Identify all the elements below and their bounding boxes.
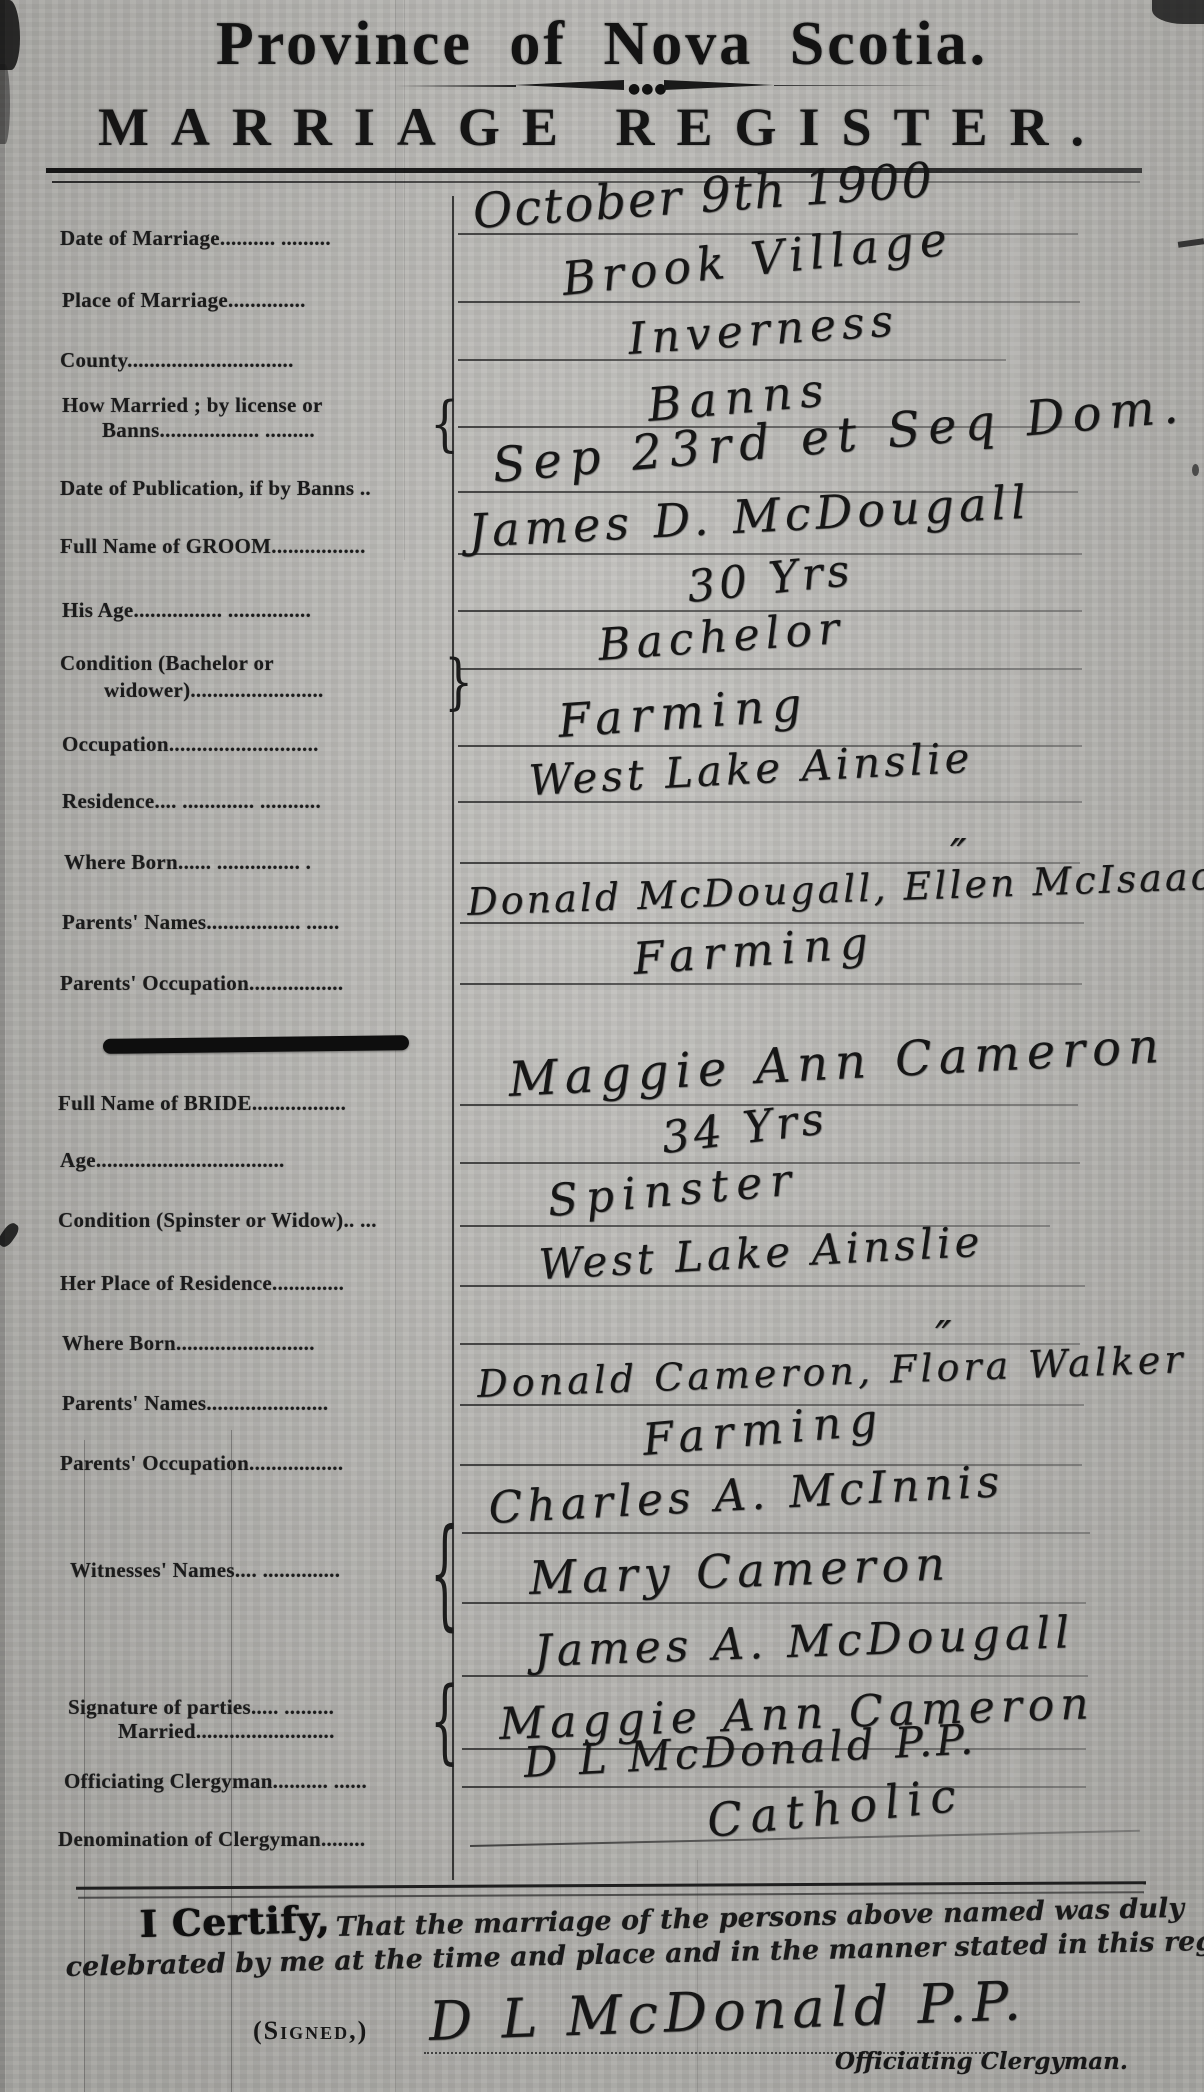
value-parents-occupation-groom: Farming [631,917,877,985]
label-condition-groom-2: widower)........................ [104,678,324,702]
clergyman-signature: D L McDonald P.P. [428,1969,1028,2053]
register-heading: MARRIAGE REGISTER. [0,98,1204,157]
label-how-married-2: Banns.................. ......... [102,418,315,442]
label-age-bride: Age.................................. [60,1148,285,1172]
value-parents-names-groom: Donald McDougall, Ellen McIsaac [466,854,1204,924]
value-occupation: Farming [556,677,811,748]
brace-condition-groom: } [444,646,473,716]
label-full-name-of-groom: Full Name of GROOM................. [60,534,366,558]
label-signature-of-parties-2: Married......................... [118,1719,335,1743]
label-date-of-marriage: Date of Marriage.......... ......... [60,226,331,250]
value-parents-names-bride: Donald Cameron, Flora Walker [476,1337,1187,1406]
rule-place-of-marriage [458,301,1080,303]
marriage-register-scan: Province of Nova Scotia. ●●● MARRIAGE RE… [0,0,1204,2092]
signature-caption: Officiating Clergyman. [835,2048,1128,2075]
value-her-place-of-residence: West Lake Ainslie [537,1217,984,1289]
header-rule-thick [46,168,1142,173]
label-county: County.............................. [60,348,294,372]
rule-condition-groom [458,668,1082,670]
value-county: Inverness [626,295,900,365]
certify-rule-thick [76,1881,1146,1890]
rule-parents-occupation-groom [460,983,1082,985]
value-condition-bride: Spinster [546,1154,802,1227]
label-condition-groom: Condition (Bachelor or [60,651,274,675]
edge-mark [1178,238,1204,248]
ornament-dots: ●●● [628,81,668,97]
label-occupation: Occupation........................... [62,732,319,756]
edge-shadow [0,0,5,2092]
scratch-line [231,1430,232,2092]
label-officiating-clergyman: Officiating Clergyman.......... ...... [64,1769,367,1793]
label-parents-occupation-bride: Parents' Occupation................. [60,1451,343,1475]
label-where-born-groom: Where Born...... ............... . [64,850,311,874]
label-denomination-of-clergyman: Denomination of Clergyman........ [58,1827,365,1851]
value-date-of-publication: Sep 23rd et Seq Dom. [490,378,1188,494]
label-where-born-bride: Where Born......................... [62,1331,315,1355]
label-signature-of-parties: Signature of parties..... ......... [68,1695,334,1719]
label-his-age: His Age................ ............... [62,598,311,622]
label-how-married: How Married ; by license or [62,393,323,417]
rule-county [458,359,1006,361]
signed-label: (Signed,) [253,2016,368,2046]
brace-witnesses: { [430,1502,459,1642]
label-date-of-publication: Date of Publication, if by Banns .. [60,476,371,500]
value-full-name-of-bride: Maggie Ann Cameron [507,1018,1167,1108]
ornament-arrow-left [514,80,624,90]
value-condition-groom: Bachelor [596,603,846,671]
scratch-line [404,0,405,560]
label-full-name-of-bride: Full Name of BRIDE................. [58,1091,346,1115]
rule-witness-1 [462,1532,1090,1534]
brace-how-married: { [430,388,459,458]
value-witness-1: Charles A. McInnis [487,1456,1005,1534]
edge-mark [1192,464,1199,476]
label-residence: Residence.... ............. ........... [62,789,321,813]
value-witness-2: Mary Cameron [528,1536,952,1605]
certify-lead: I Certify, [139,1897,331,1946]
label-parents-names-groom: Parents' Names................. ...... [62,910,340,934]
section-divider-bar [103,1035,409,1054]
scratch-line [84,1440,85,2092]
value-signature-groom: James A. McDougall [533,1607,1075,1677]
ornament-arrow-right [664,80,774,90]
label-witnesses-names: Witnesses' Names.... .............. [70,1558,340,1582]
label-her-place-of-residence: Her Place of Residence............. [60,1271,344,1295]
label-place-of-marriage: Place of Marriage.............. [62,288,306,312]
divider-ornament: ●●● [396,80,956,92]
label-parents-names-bride: Parents' Names...................... [62,1391,328,1415]
label-parents-occupation-groom: Parents' Occupation................. [60,971,343,995]
ornament-line-left [396,85,516,87]
page-title: Province of Nova Scotia. [0,10,1204,78]
label-condition-bride: Condition (Spinster or Widow).. ... [58,1208,377,1232]
ornament-line-right [774,85,954,86]
brace-signature: { [430,1666,459,1774]
